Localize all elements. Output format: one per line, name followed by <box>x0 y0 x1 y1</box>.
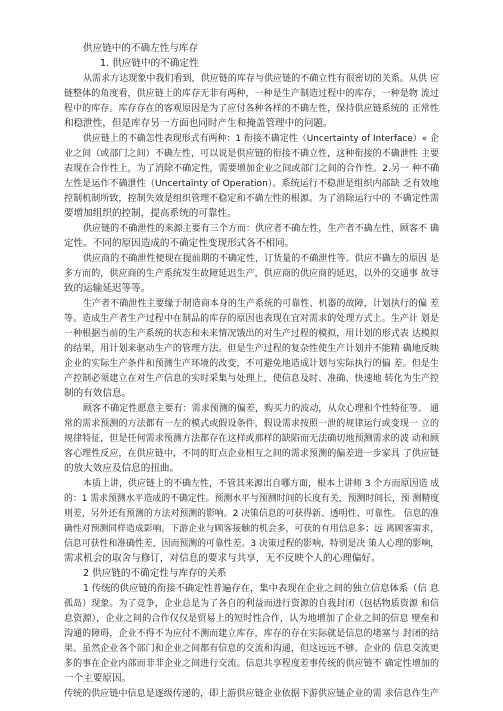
document-title: 供应链中的不确左性与库存 <box>83 43 439 55</box>
text-line: 定性。不同的原因造成的不确定性变现形式各不相同。 <box>64 238 439 250</box>
text-line: 要增加组织的控制，提高系统的可靠性。 <box>64 208 439 220</box>
text-line: 多的事在企业内部而非非企业之间进行交流。信息共享程度差事传统的供应链不 确定性增… <box>64 658 439 670</box>
text-line: 确性对预测同样造成影响，下游企业与顾客接触的机会多，可获的有用信息多；远 离顾客… <box>64 523 439 535</box>
text-line: 从需求方达现象中我们看到，供应链的库存与供应链的不确立性有很密切的关系。从供 应 <box>83 73 439 85</box>
section-heading: 1. 供应链中的不确定性 <box>100 58 439 70</box>
text-line: 顾客不确定性愿意主要有：需求预测的偏差，购买力的波动，从众心理和个性特征等。 通 <box>83 403 439 415</box>
text-line: 需求机会的取舍与修订，对信息的要求与共享，无不反映个人的心理偏好。 <box>64 553 439 565</box>
text-line: 链整体的角度看，供应链上的库存无非有两种，一种是生产制造过程中的库存，一种是物 … <box>64 88 439 100</box>
text-line: 程中的库存。库存存在的客观原因是为了应付各种各样的不确左性，保持供应链系统的 正… <box>64 103 439 115</box>
text-line: 的结果，用计划来驱动生产的管理方法。但是生产过程的复杂性使生产计划并不能精 确地… <box>64 343 439 355</box>
text-line: 则差，另外还有预测的方法对预测的影响。2 决策信息的可获得新、透明性、可靠性。 … <box>64 508 439 520</box>
text-line: 产控制必须建立在对生产信息的实时采集与处理上，使信息及时、准确、快速地 转化为生… <box>64 373 439 385</box>
section-heading: 2 供应链的不确定性与库存的关系 <box>83 568 439 580</box>
text-line: 的：1 需求预测水平造成的不确定性。预测水平与预测时间的长度有关，预测时间长，预… <box>64 493 439 505</box>
text-line: 本质上讲，供应链上的不确左性，不管其来源出自哪方面，根本上讲师 3 个方而原因造… <box>83 478 439 490</box>
text-line: 一个主要原因。 <box>64 673 439 685</box>
text-line: 企业的实际生产条件和预测生产环境的改变，不可避免地造成计划与实际执行的偏 差。但… <box>64 358 439 370</box>
text-line: 孤岛）现象。为了竞争，企业总是为了各自的利益而进行资源的自我封闭（包括物质资源 … <box>64 598 439 610</box>
text-line: 生产者不确泄性主要缘于制造商本身的生产系统的可靠性、机器的故障，计划执行的偏 差 <box>83 298 439 310</box>
text-line: 常的需求预测的方法都有一左的模式或假设条件，假设需求按照一泄的规律运行或变现一 … <box>64 418 439 430</box>
text-line: 沟通的障碍，企业不得不为应付不测而建立库存，库存的存在实际就是信息的堵塞与 封闭… <box>64 628 439 640</box>
text-line: 控制机制所致，控制失效是组织管理不稳定和不确左性的根源。为了消除运行中的 不确定… <box>64 193 439 205</box>
text-line: 客心理性反应，在供应链中，不同的盯点企业相互之间的需求预测的偏差进一步家具 了供… <box>64 448 439 460</box>
text-line: 果。虽然企业各个部门和企业之间都有信息的交流和沟通，但这远远不够。企业的 信息交… <box>64 643 439 655</box>
text-line: 等。造成生产者生产过程中在制品的库存的原因也表现在宜对需求的处理方式上。生产计 … <box>64 313 439 325</box>
text-line: 规律特征，但是任何需求预测方法都存在这样或那样的缺陷而无法确切地预测需求的波 动… <box>64 433 439 445</box>
text-line: 供应链的不确泄性的来源主要有三个方而：供应者不确左性，生产者不确左性，顾客不 确 <box>83 223 439 235</box>
text-line: 的放大效应及信息的扭曲。 <box>64 463 439 475</box>
text-line: 信息可获性和准确性差，因而预测的可靠性差。3 决策过程的影响，特别是决 策人心理… <box>64 538 439 550</box>
text-line: 息资源），企业之间的合作仅仅是贸易上的短时性合作，认为地增加了企业之间的信息 壁… <box>64 613 439 625</box>
text-line: 供应链上的不确怎性表现形式有两种：1 衔接不确定性（Uncertainty of… <box>83 133 439 145</box>
text-line: 左性是运作不确泄性（Uncertainty of Operation）。系统运行… <box>64 178 439 190</box>
text-line: 表现在合作性上，为了消除不确定性，需要增加企业之间或部门之间的合作性。2.另一 … <box>64 163 439 175</box>
text-line: 制的有效信息。 <box>64 388 439 400</box>
text-line: 和稳泄性，但是库存另一方面也同时产生和掩盖管理中的问题。 <box>64 118 439 130</box>
text-line: 1 传统的供应链的衔接不确定性普遍存在，集中表现在企业之间的独立信息体系（信 息 <box>83 583 439 595</box>
text-line: 传统的供应链中信息是逐级传递的，即上游供应链企业依据下游供应链企业的需 求信息作… <box>64 688 439 700</box>
text-line: 多方而的，供应商的生产系统发生故障延迟生产，供应商的供应商的延迟，以外的交通事 … <box>64 268 439 280</box>
text-line: 业之间（或部门之间）不确左性，可以说是供应链的衔接不确立性，这种衔接的不确泄性 … <box>64 148 439 160</box>
text-line: 致的运输延迟等等。 <box>64 283 439 295</box>
document-page: 供应链中的不确左性与库存1. 供应链中的不确定性从需求方达现象中我们看到，供应链… <box>0 0 503 711</box>
text-line: 供应商的不确泄性便现在提前期的不确定性，订货量的不确泄性等。供应不确左的原因 是 <box>83 253 439 265</box>
text-line: 一种根据当前的生产系统的状态和未来情况饿出的对生产过程的模拟，用计划的形式表 达… <box>64 328 439 340</box>
